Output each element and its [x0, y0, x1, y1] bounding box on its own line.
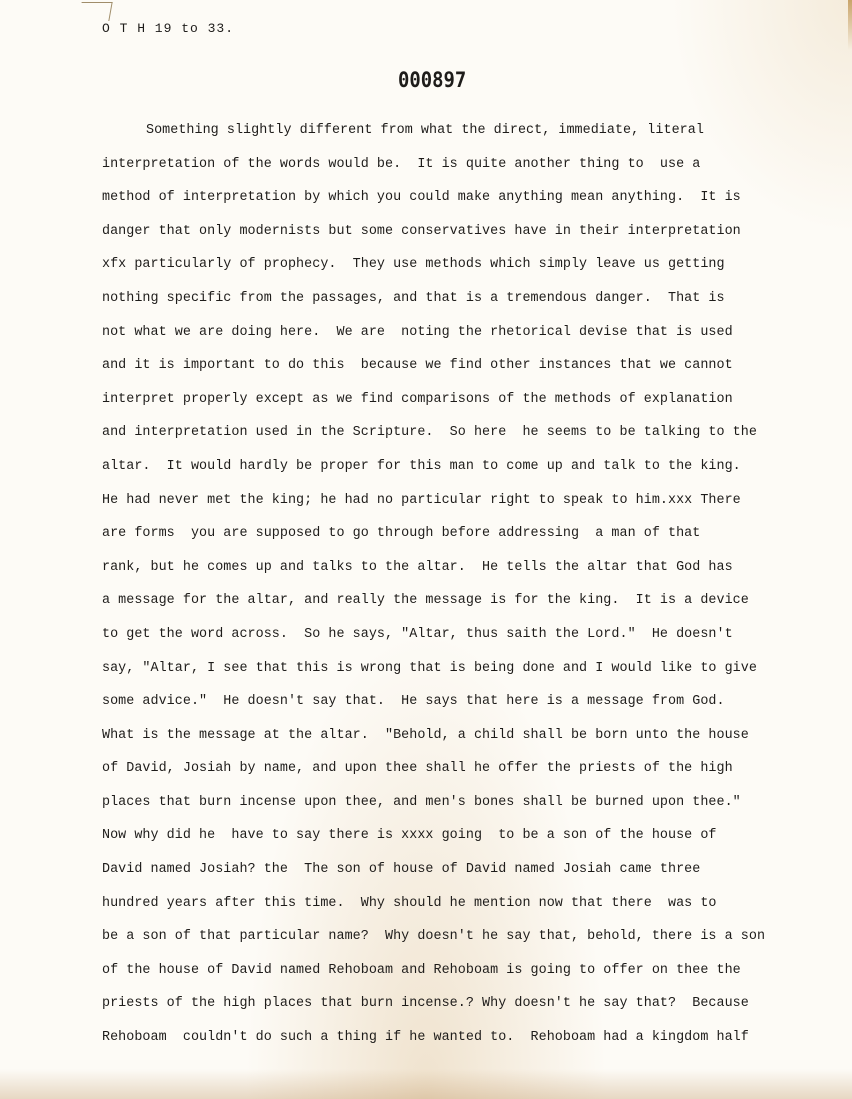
text-line: interpret properly except as we find com…: [102, 389, 802, 423]
text-line: and it is important to do this because w…: [102, 355, 802, 389]
text-line: What is the message at the altar. "Behol…: [102, 725, 802, 759]
body-text: Something slightly different from what t…: [102, 120, 802, 1061]
text-line: danger that only modernists but some con…: [102, 221, 802, 255]
text-line: He had never met the king; he had no par…: [102, 490, 802, 524]
text-line: are forms you are supposed to go through…: [102, 523, 802, 557]
pencil-mark: [78, 2, 112, 21]
document-page: O T H 19 to 33. 000897 Something slightl…: [0, 0, 852, 1099]
document-number: 000897: [398, 68, 466, 92]
paper-stain: [0, 1069, 852, 1099]
text-line: Something slightly different from what t…: [102, 120, 802, 154]
text-line: nothing specific from the passages, and …: [102, 288, 802, 322]
text-line: say, "Altar, I see that this is wrong th…: [102, 658, 802, 692]
paper-stain: [848, 0, 852, 50]
text-line: rank, but he comes up and talks to the a…: [102, 557, 802, 591]
text-line: interpretation of the words would be. It…: [102, 154, 802, 188]
text-line: Rehoboam couldn't do such a thing if he …: [102, 1027, 802, 1061]
text-line: places that burn incense upon thee, and …: [102, 792, 802, 826]
header-reference: O T H 19 to 33.: [102, 21, 234, 36]
text-line: hundred years after this time. Why shoul…: [102, 893, 802, 927]
text-line: of the house of David named Rehoboam and…: [102, 960, 802, 994]
text-line: to get the word across. So he says, "Alt…: [102, 624, 802, 658]
text-line: of David, Josiah by name, and upon thee …: [102, 758, 802, 792]
text-line: be a son of that particular name? Why do…: [102, 926, 802, 960]
text-line: some advice." He doesn't say that. He sa…: [102, 691, 802, 725]
text-line: Now why did he have to say there is xxxx…: [102, 825, 802, 859]
text-line: priests of the high places that burn inc…: [102, 993, 802, 1027]
text-line: xfx particularly of prophecy. They use m…: [102, 254, 802, 288]
text-line: a message for the altar, and really the …: [102, 590, 802, 624]
text-line: not what we are doing here. We are notin…: [102, 322, 802, 356]
text-line: and interpretation used in the Scripture…: [102, 422, 802, 456]
text-line: method of interpretation by which you co…: [102, 187, 802, 221]
text-line: David named Josiah? the The son of house…: [102, 859, 802, 893]
text-line: altar. It would hardly be proper for thi…: [102, 456, 802, 490]
